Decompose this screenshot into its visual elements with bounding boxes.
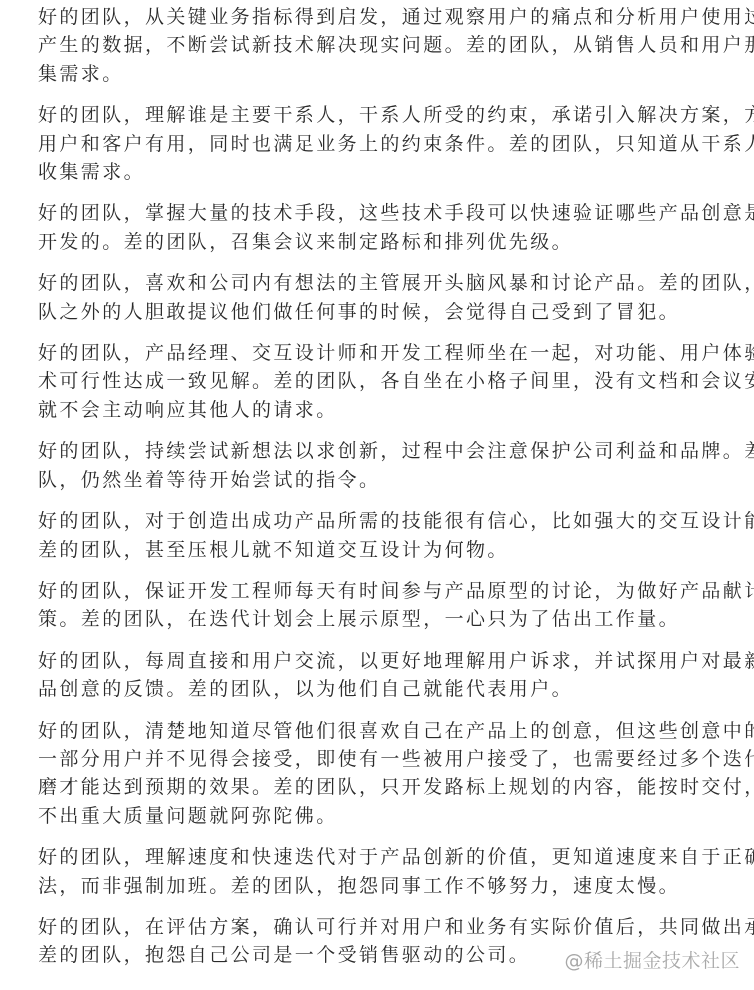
paragraph-9: 好的团队，每周直接和用户交流，以更好地理解用户诉求，并试探用户对最新的产 品创意… xyxy=(38,647,710,704)
text-line: 一部分用户并不见得会接受，即使有一些被用户接受了，也需要经过多个迭代的打 xyxy=(38,745,710,773)
document-body: 好的团队，从关键业务指标得到启发，通过观察用户的痛点和分析用户使用过程中 产生的… xyxy=(38,3,710,983)
text-line: 好的团队，每周直接和用户交流，以更好地理解用户诉求，并试探用户对最新的产 xyxy=(38,647,710,675)
watermark: @稀土掘金技术社区 xyxy=(564,946,740,973)
text-line: 队，仍然坐着等待开始尝试的指令。 xyxy=(38,466,710,494)
text-line: 好的团队，喜欢和公司内有想法的主管展开头脑风暴和讨论产品。差的团队，在团 xyxy=(38,269,710,297)
text-line: 差的团队，甚至压根儿就不知道交互设计为何物。 xyxy=(38,536,710,564)
text-line: 术可行性达成一致见解。差的团队，各自坐在小格子间里，没有文档和会议安排， xyxy=(38,367,710,395)
text-line: 好的团队，在评估方案，确认可行并对用户和业务有实际价值后，共同做出承诺。 xyxy=(38,913,710,941)
text-line: 品创意的反馈。差的团队，以为他们自己就能代表用户。 xyxy=(38,675,710,703)
text-line: 好的团队，理解速度和快速迭代对于产品创新的价值，更知道速度来自于正确的方 xyxy=(38,843,710,871)
paragraph-11: 好的团队，理解速度和快速迭代对于产品创新的价值，更知道速度来自于正确的方 法，而… xyxy=(38,843,710,900)
paragraph-7: 好的团队，对于创造出成功产品所需的技能很有信心，比如强大的交互设计能力。 差的团… xyxy=(38,507,710,564)
text-line: 开发的。差的团队，召集会议来制定路标和排列优先级。 xyxy=(38,228,710,256)
paragraph-6: 好的团队，持续尝试新想法以求创新，过程中会注意保护公司利益和品牌。差的团 队，仍… xyxy=(38,437,710,494)
text-line: 用户和客户有用，同时也满足业务上的约束条件。差的团队，只知道从干系人那里 xyxy=(38,130,710,158)
text-line: 集需求。 xyxy=(38,60,710,88)
paragraph-1: 好的团队，从关键业务指标得到启发，通过观察用户的痛点和分析用户使用过程中 产生的… xyxy=(38,3,710,88)
text-line: 好的团队，理解谁是主要干系人，干系人所受的约束，承诺引入解决方案，方案对 xyxy=(38,101,710,129)
text-line: 法，而非强制加班。差的团队，抱怨同事工作不够努力，速度太慢。 xyxy=(38,872,710,900)
text-line: 好的团队，掌握大量的技术手段，这些技术手段可以快速验证哪些产品创意是值得 xyxy=(38,199,710,227)
paragraph-10: 好的团队，清楚地知道尽管他们很喜欢自己在产品上的创意，但这些创意中的很大 一部分… xyxy=(38,717,710,831)
text-line: 产生的数据，不断尝试新技术解决现实问题。差的团队，从销售人员和用户那里收 xyxy=(38,31,710,59)
text-line: 好的团队，持续尝试新想法以求创新，过程中会注意保护公司利益和品牌。差的团 xyxy=(38,437,710,465)
text-line: 队之外的人胆敢提议他们做任何事的时候，会觉得自己受到了冒犯。 xyxy=(38,298,710,326)
paragraph-4: 好的团队，喜欢和公司内有想法的主管展开头脑风暴和讨论产品。差的团队，在团 队之外… xyxy=(38,269,710,326)
text-line: 就不会主动响应其他人的请求。 xyxy=(38,396,710,424)
text-line: 不出重大质量问题就阿弥陀佛。 xyxy=(38,802,710,830)
paragraph-5: 好的团队，产品经理、交互设计师和开发工程师坐在一起，对功能、用户体验、技 术可行… xyxy=(38,339,710,424)
text-line: 好的团队，对于创造出成功产品所需的技能很有信心，比如强大的交互设计能力。 xyxy=(38,507,710,535)
paragraph-8: 好的团队，保证开发工程师每天有时间参与产品原型的讨论，为做好产品献计献 策。差的… xyxy=(38,577,710,634)
paragraph-2: 好的团队，理解谁是主要干系人，干系人所受的约束，承诺引入解决方案，方案对 用户和… xyxy=(38,101,710,186)
text-line: 好的团队，清楚地知道尽管他们很喜欢自己在产品上的创意，但这些创意中的很大 xyxy=(38,717,710,745)
text-line: 磨才能达到预期的效果。差的团队，只开发路标上规划的内容，能按时交付，只求 xyxy=(38,773,710,801)
text-line: 好的团队，保证开发工程师每天有时间参与产品原型的讨论，为做好产品献计献 xyxy=(38,577,710,605)
text-line: 收集需求。 xyxy=(38,158,710,186)
text-line: 策。差的团队，在迭代计划会上展示原型，一心只为了估出工作量。 xyxy=(38,605,710,633)
paragraph-3: 好的团队，掌握大量的技术手段，这些技术手段可以快速验证哪些产品创意是值得 开发的… xyxy=(38,199,710,256)
text-line: 好的团队，从关键业务指标得到启发，通过观察用户的痛点和分析用户使用过程中 xyxy=(38,3,710,31)
text-line: 好的团队，产品经理、交互设计师和开发工程师坐在一起，对功能、用户体验、技 xyxy=(38,339,710,367)
